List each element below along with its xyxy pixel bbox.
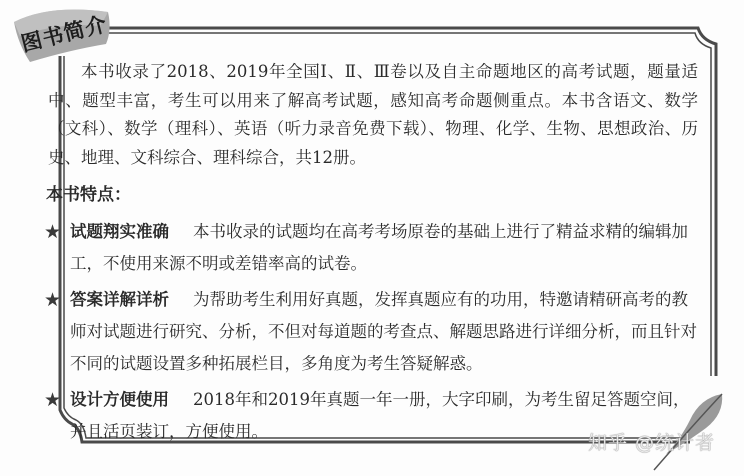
section-tag: 图书简介 <box>6 6 114 56</box>
feature-item: ★ 答案详解详析为帮助考生利用好真题，发挥真题应有的功用，特邀请精研高考的教师对… <box>44 284 698 380</box>
star-icon: ★ <box>44 284 61 316</box>
section-tag-label: 图书简介 <box>18 8 111 58</box>
feature-item: ★ 试题翔实准确本书收录的试题均在高考考场原卷的基础上进行了精益求精的编辑加工，… <box>44 216 698 280</box>
feature-title: 试题翔实准确 <box>70 222 169 241</box>
book-description: 本书收录了2018、2019年全国Ⅰ、Ⅱ、Ⅲ卷以及自主命题地区的高考试题，题量适… <box>48 58 698 448</box>
watermark: 知乎 @统计者 <box>588 428 715 455</box>
features-heading: 本书特点： <box>46 178 698 212</box>
star-icon: ★ <box>44 384 61 416</box>
feature-title: 设计方便使用 <box>70 390 169 409</box>
intro-paragraph: 本书收录了2018、2019年全国Ⅰ、Ⅱ、Ⅲ卷以及自主命题地区的高考试题，题量适… <box>48 58 698 172</box>
feature-title: 答案详解详析 <box>70 290 169 309</box>
star-icon: ★ <box>44 216 61 248</box>
